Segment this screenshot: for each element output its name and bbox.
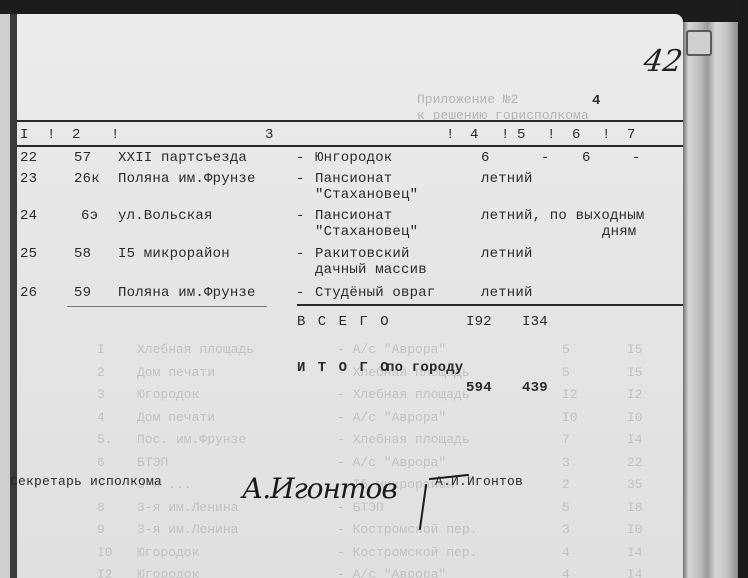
bleed-cell: I4 — [627, 567, 643, 578]
bleed-cell: 8 — [97, 500, 105, 515]
bleed-cell: БТЭП — [137, 455, 168, 470]
col4-value-cont: дням — [602, 224, 636, 240]
city-total-label-rest: по городу — [386, 360, 463, 376]
bleed-cell: 5 — [562, 500, 570, 515]
bleed-cell: I — [97, 342, 105, 357]
folder-edge — [683, 22, 738, 578]
bleed-cell: 2 — [562, 477, 570, 492]
col-header-6: 6 — [572, 127, 581, 143]
bleed-cell: I2 — [97, 567, 113, 578]
bleed-cell: 22 — [627, 455, 643, 470]
route-end: Пансионат — [315, 171, 392, 187]
route-dash: - — [296, 208, 305, 224]
bleed-cell: Югородок — [137, 545, 199, 560]
route-number: 26к — [74, 171, 100, 187]
col-header-5: 5 — [517, 127, 526, 143]
bleed-cell: - Костромской пер. — [337, 545, 477, 560]
col-header-7: 7 — [627, 127, 636, 143]
bleed-cell: Югородок — [137, 567, 199, 578]
handwritten-page-number: 42 — [642, 44, 685, 79]
bleed-cell: 3 — [562, 522, 570, 537]
background-edge — [738, 0, 748, 578]
bleed-cell: - Хлебная площадь — [337, 432, 470, 447]
col-header-3: 3 — [265, 127, 274, 143]
route-start: ул.Вольская — [118, 208, 213, 224]
document-page: Приложение №2 к решению горисполкома 42 … — [17, 14, 683, 578]
route-dash: - — [296, 171, 305, 187]
route-number: 57 — [74, 150, 91, 166]
bleed-cell: - Костромской пер. — [337, 522, 477, 537]
total-col4: I92 — [466, 314, 492, 330]
col-header-1: I — [20, 127, 29, 143]
binding-spine — [10, 14, 17, 578]
total-rule — [297, 304, 683, 306]
bleed-cell: 4 — [97, 410, 105, 425]
col5-value: - — [541, 150, 550, 166]
route-number: 6э — [81, 208, 98, 224]
bleed-cell: 2 — [97, 365, 105, 380]
col4-value: летний, по выходным — [481, 208, 644, 224]
bleed-cell: - Хлебная площадь — [337, 387, 470, 402]
col-header-4: 4 — [470, 127, 479, 143]
route-dash: - — [296, 150, 305, 166]
bleed-cell: 35 — [627, 477, 643, 492]
col4-value: 6 — [481, 150, 490, 166]
col-separator: ! — [501, 127, 510, 143]
bleed-cell: I5 — [627, 365, 643, 380]
col7-value: - — [632, 150, 641, 166]
bleed-cell: 3-я им.Ленина — [137, 522, 238, 537]
row-number: 22 — [20, 150, 37, 166]
bleed-cell: Хлебная площадь — [137, 342, 254, 357]
binder-clip — [686, 30, 712, 56]
bleed-cell: Дом печати — [137, 365, 215, 380]
route-end: дачный массив — [315, 262, 427, 278]
bleed-cell: I0 — [562, 410, 578, 425]
col-header-2: 2 — [72, 127, 81, 143]
route-end: "Стахановец" — [315, 224, 418, 240]
col-separator: ! — [446, 127, 455, 143]
route-end: Ракитовский — [315, 246, 410, 262]
signatory-name: А.И.Игонтов — [435, 474, 523, 489]
row-number: 25 — [20, 246, 37, 262]
row-number: 23 — [20, 171, 37, 187]
col4-value: летний — [481, 285, 533, 301]
city-total-col5: 439 — [522, 380, 548, 396]
route-start: XXII партсъезда — [118, 150, 247, 166]
route-end: Студёный овраг — [315, 285, 435, 301]
underline-rule — [67, 306, 267, 307]
bleed-cell: I0 — [627, 522, 643, 537]
col-separator: ! — [111, 127, 120, 143]
route-end: "Стахановец" — [315, 187, 418, 203]
handwritten-signature: А.Игонтов — [242, 472, 397, 505]
total-label: В С Е Г О — [297, 314, 391, 330]
bleed-cell: 9 — [97, 522, 105, 537]
row-number: 26 — [20, 285, 37, 301]
route-dash: - — [296, 246, 305, 262]
row-number: 24 — [20, 208, 37, 224]
table-top-rule — [17, 120, 683, 122]
bleed-cell: I8 — [627, 500, 643, 515]
left-page-edge — [0, 14, 10, 578]
route-number: 58 — [74, 246, 91, 262]
bleed-cell: 5 — [562, 342, 570, 357]
bleed-cell: 6 — [97, 455, 105, 470]
bleed-cell: - А/с "Аврора" — [337, 410, 446, 425]
route-number: 59 — [74, 285, 91, 301]
bleed-cell: - А/с "Аврора" — [337, 342, 446, 357]
bleed-header-line-1: Приложение №2 — [417, 92, 518, 107]
bleed-cell: 5 — [562, 365, 570, 380]
route-end: Пансионат — [315, 208, 392, 224]
route-start: Поляна им.Фрунзе — [118, 171, 256, 187]
city-total-col4: 594 — [466, 380, 492, 396]
sheet-number: 4 — [592, 93, 601, 109]
bleed-cell: Пос. им.Фрунзе — [137, 432, 246, 447]
bleed-cell: 4 — [562, 567, 570, 578]
route-start: Поляна им.Фрунзе — [118, 285, 256, 301]
bleed-cell: I0 — [97, 545, 113, 560]
bleed-cell: 5. — [97, 432, 113, 447]
header-bottom-rule — [17, 145, 683, 147]
bleed-cell: I5 — [627, 342, 643, 357]
bleed-cell: 3 — [562, 455, 570, 470]
bleed-cell: I2 — [562, 387, 578, 402]
col-separator: ! — [47, 127, 56, 143]
bleed-cell: 7 — [562, 432, 570, 447]
bleed-cell: 4 — [562, 545, 570, 560]
route-dash: - — [296, 285, 305, 301]
col6-value: 6 — [582, 150, 591, 166]
total-col5: I34 — [522, 314, 548, 330]
bleed-cell: - А/с "Аврора" — [337, 455, 446, 470]
col-separator: ! — [602, 127, 611, 143]
route-start: I5 микрорайон — [118, 246, 230, 262]
bleed-cell: I0 — [627, 410, 643, 425]
city-total-label: И Т О Г О — [297, 360, 391, 376]
bleed-cell: I2 — [627, 387, 643, 402]
bleed-cell: Югородок — [137, 387, 199, 402]
col4-value: летний — [481, 246, 533, 262]
bleed-cell: I4 — [627, 432, 643, 447]
col-separator: ! — [547, 127, 556, 143]
bleed-cell: Дом печати — [137, 410, 215, 425]
bleed-cell: 3 — [97, 387, 105, 402]
signatory-title: Секретарь исполкома — [10, 474, 162, 489]
col4-value: летний — [481, 171, 533, 187]
bleed-cell: I4 — [627, 545, 643, 560]
bleed-cell: 3-я им.Ленина — [137, 500, 238, 515]
route-end: Юнгородок — [315, 150, 392, 166]
bleed-cell: - А/с "Аврора" — [337, 567, 446, 578]
